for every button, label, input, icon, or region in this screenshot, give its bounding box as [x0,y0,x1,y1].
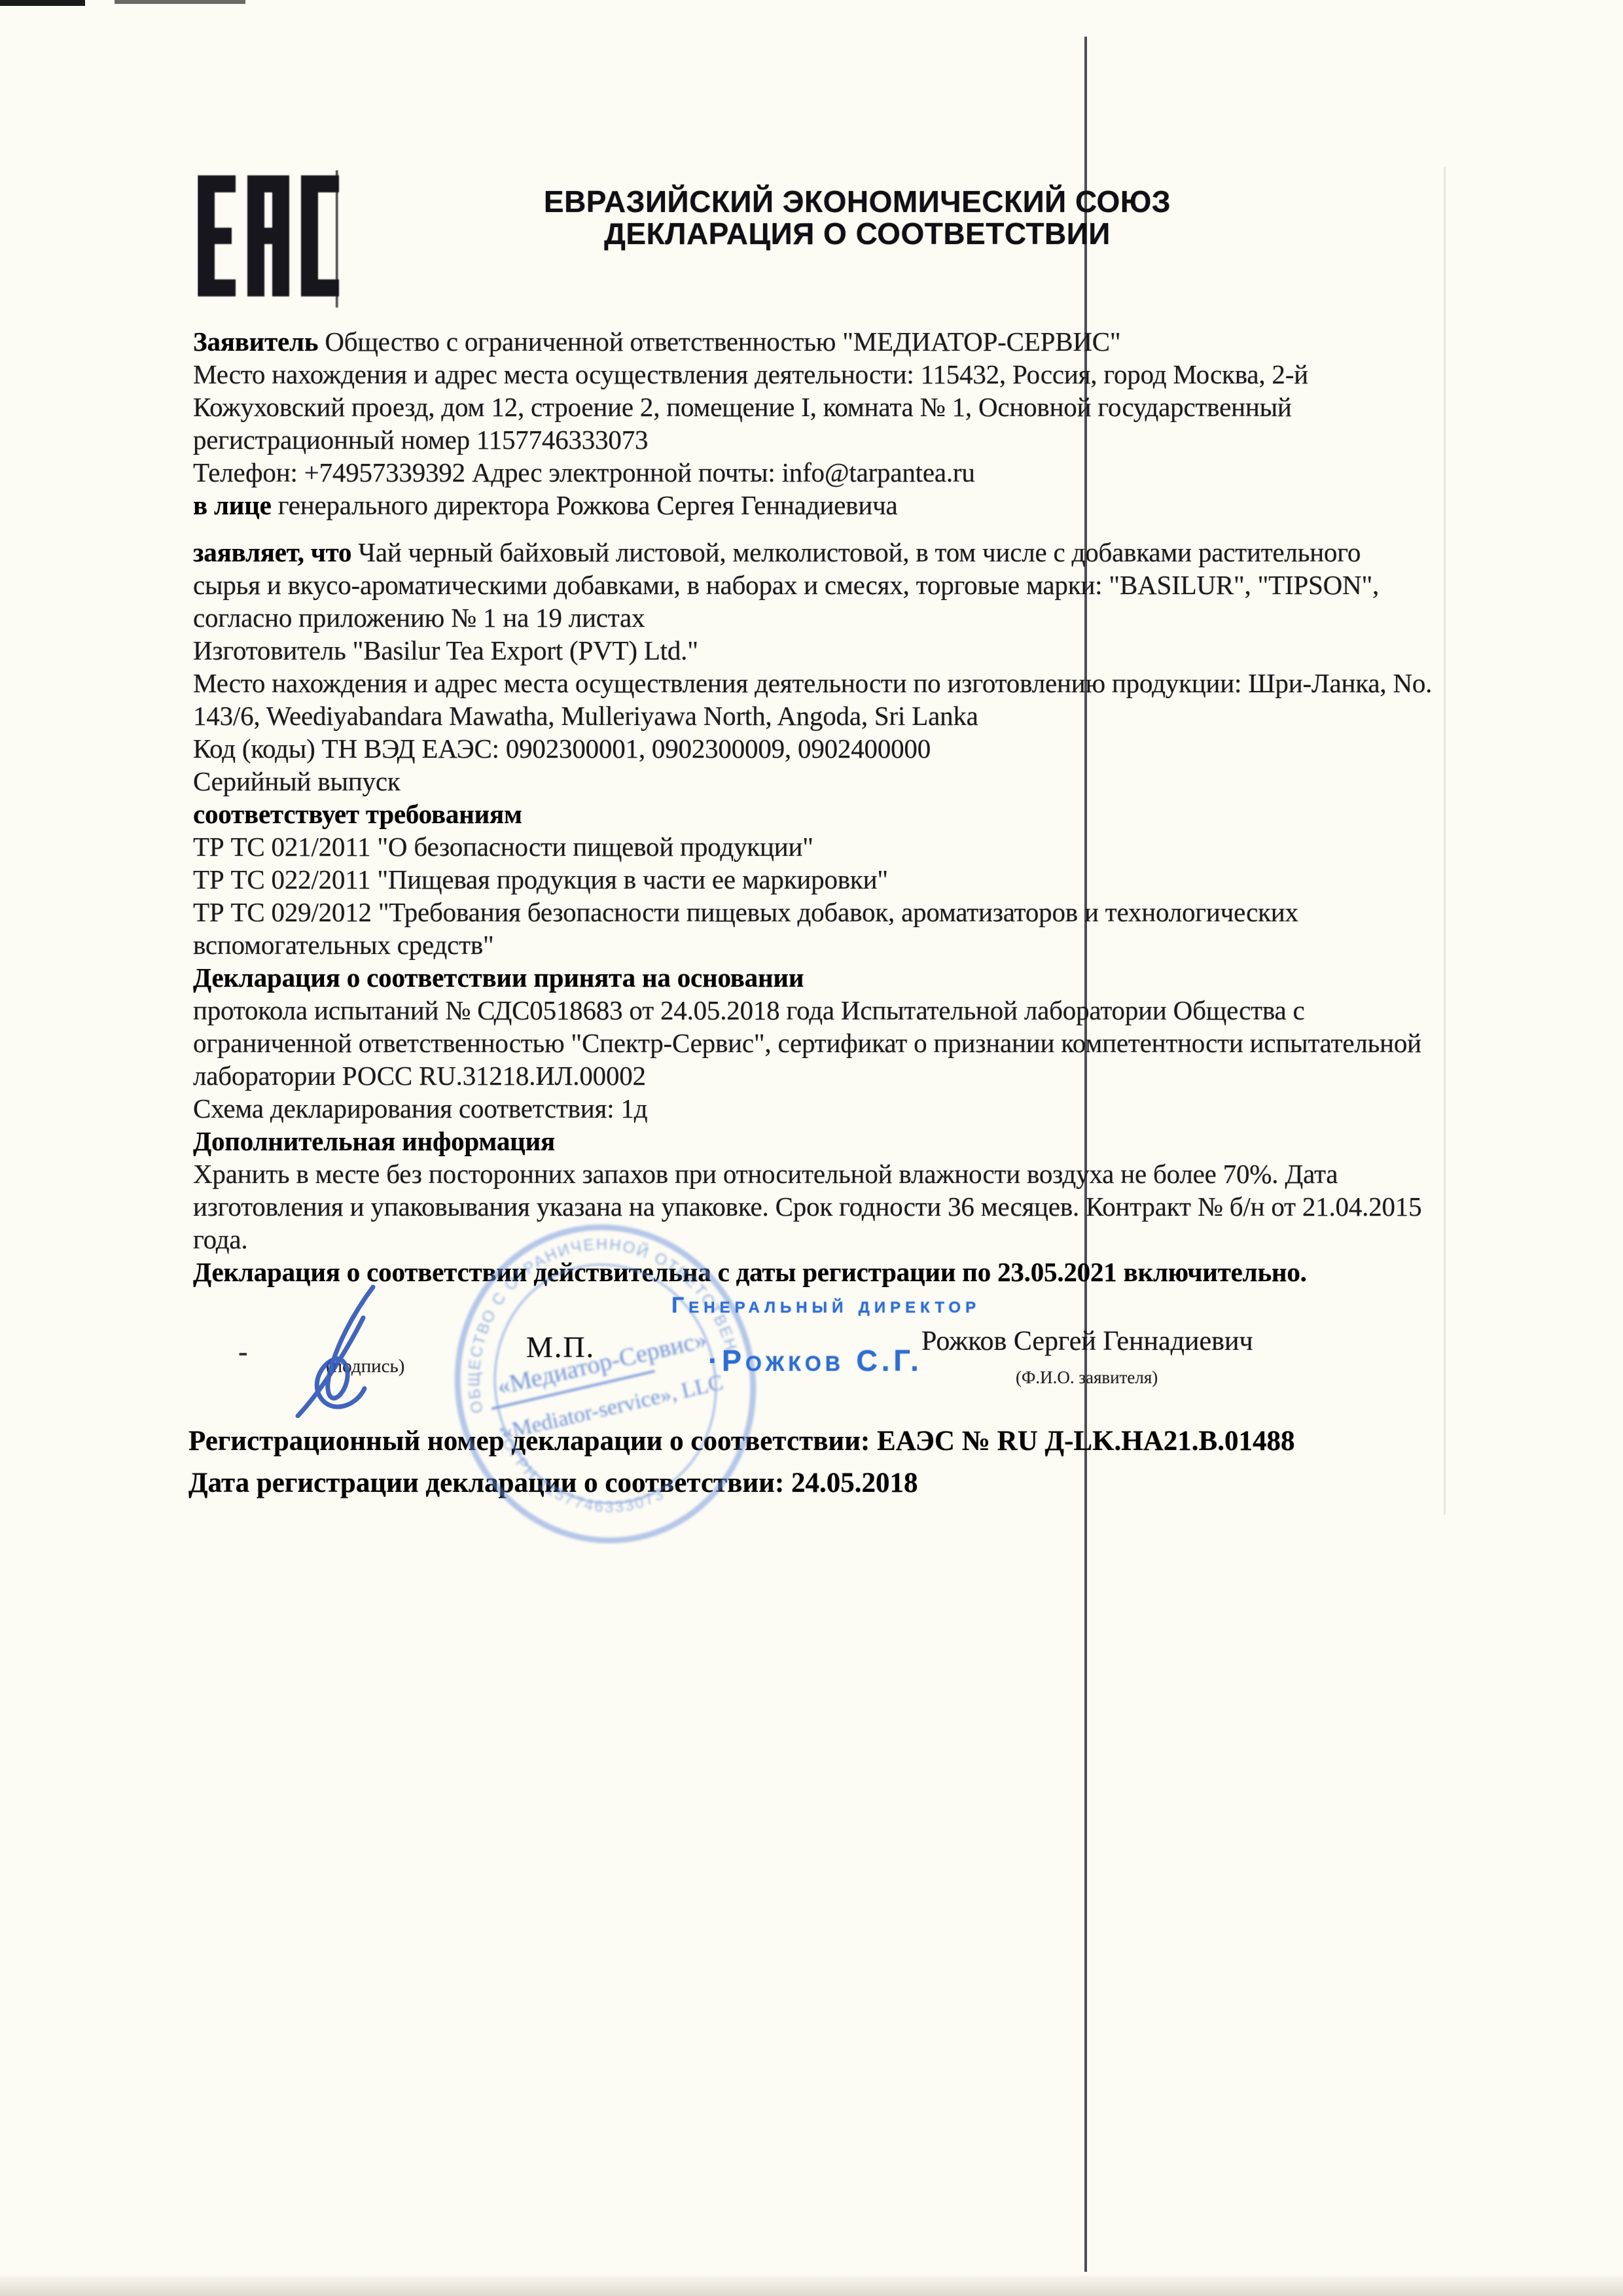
applicant-name-caption: (Ф.И.О. заявителя) [1016,1368,1158,1388]
body-line: Серийный выпуск [193,765,1541,798]
body-line: лаборатории РОСС RU.31218.ИЛ.00002 [193,1059,1541,1092]
body-line: ТР ТС 022/2011 "Пищевая продукция в част… [193,863,1541,896]
body-line: Хранить в месте без посторонних запахов … [193,1157,1541,1190]
director-title-stamp: Генеральный директор [671,1293,980,1318]
title-line-1: ЕВРАЗИЙСКИЙ ЭКОНОМИЧЕСКИЙ СОЮЗ [497,186,1217,218]
document-title: ЕВРАЗИЙСКИЙ ЭКОНОМИЧЕСКИЙ СОЮЗ ДЕКЛАРАЦИ… [497,186,1217,250]
body-line: ТР ТС 029/2012 "Требования безопасности … [193,896,1541,928]
body-line: ТР ТС 021/2011 "О безопасности пищевой п… [193,830,1541,863]
director-name-stamp: ·Рожков С.Г. [708,1344,923,1378]
body-line: сырья и вкусо-ароматическими добавками, … [193,569,1541,601]
body-line: в лице генерального директора Рожкова Се… [193,489,1541,521]
scan-bottom-shadow [0,2276,1623,2296]
body-line: Место нахождения и адрес места осуществл… [193,667,1541,699]
body-line: 143/6, Weediyabandara Mawatha, Mulleriya… [193,699,1541,732]
body-line: ограниченной ответственностью "Спектр-Се… [193,1027,1541,1059]
body-line: Телефон: +74957339392 Адрес электронной … [193,456,1541,489]
title-line-2: ДЕКЛАРАЦИЯ О СООТВЕТСТВИИ [497,218,1217,250]
body-line: регистрационный номер 1157746333073 [193,423,1541,456]
body-line: Место нахождения и адрес места осуществл… [193,358,1541,391]
body-line: Дополнительная информация [193,1125,1541,1157]
body-line: Код (коды) ТН ВЭД ЕАЭС: 0902300001, 0902… [193,732,1541,765]
signature-dash: - [238,1335,248,1368]
body-line: изготовления и упаковывания указана на у… [193,1190,1541,1223]
document-body: Заявитель Общество с ограниченной ответс… [193,325,1541,1288]
eac-mark-icon [198,170,348,311]
body-line: года. [193,1223,1541,1256]
body-line: согласно приложению № 1 на 19 листах [193,601,1541,634]
signature-icon [272,1277,409,1418]
body-line: Декларация о соответствии принята на осн… [193,961,1541,994]
body-line: заявляет, что Чай черный байховый листов… [193,536,1541,569]
body-line: Кожуховский проезд, дом 12, строение 2, … [193,391,1541,423]
scan-edge-mark [115,0,245,4]
company-stamp: ОБЩЕСТВО С ОГРАНИЧЕННОЙ ОТВЕТСТВЕННОСТЬЮ… [429,1207,782,1561]
applicant-full-name: Рожков Сергей Геннадиевич [921,1326,1253,1357]
body-line: вспомогательных средств" [193,928,1541,961]
body-line: соответствует требованиям [193,798,1541,830]
stamp-place-label: М.П. [526,1330,595,1364]
scanned-declaration-page: ЕВРАЗИЙСКИЙ ЭКОНОМИЧЕСКИЙ СОЮЗ ДЕКЛАРАЦИ… [0,0,1623,2296]
body-line: Заявитель Общество с ограниченной ответс… [193,325,1541,358]
body-line: протокола испытаний № СДС0518683 от 24.0… [193,994,1541,1027]
body-line: Изготовитель "Basilur Tea Export (PVT) L… [193,634,1541,667]
scan-edge-mark [0,0,85,6]
body-line: Схема декларирования соответствия: 1д [193,1092,1541,1125]
